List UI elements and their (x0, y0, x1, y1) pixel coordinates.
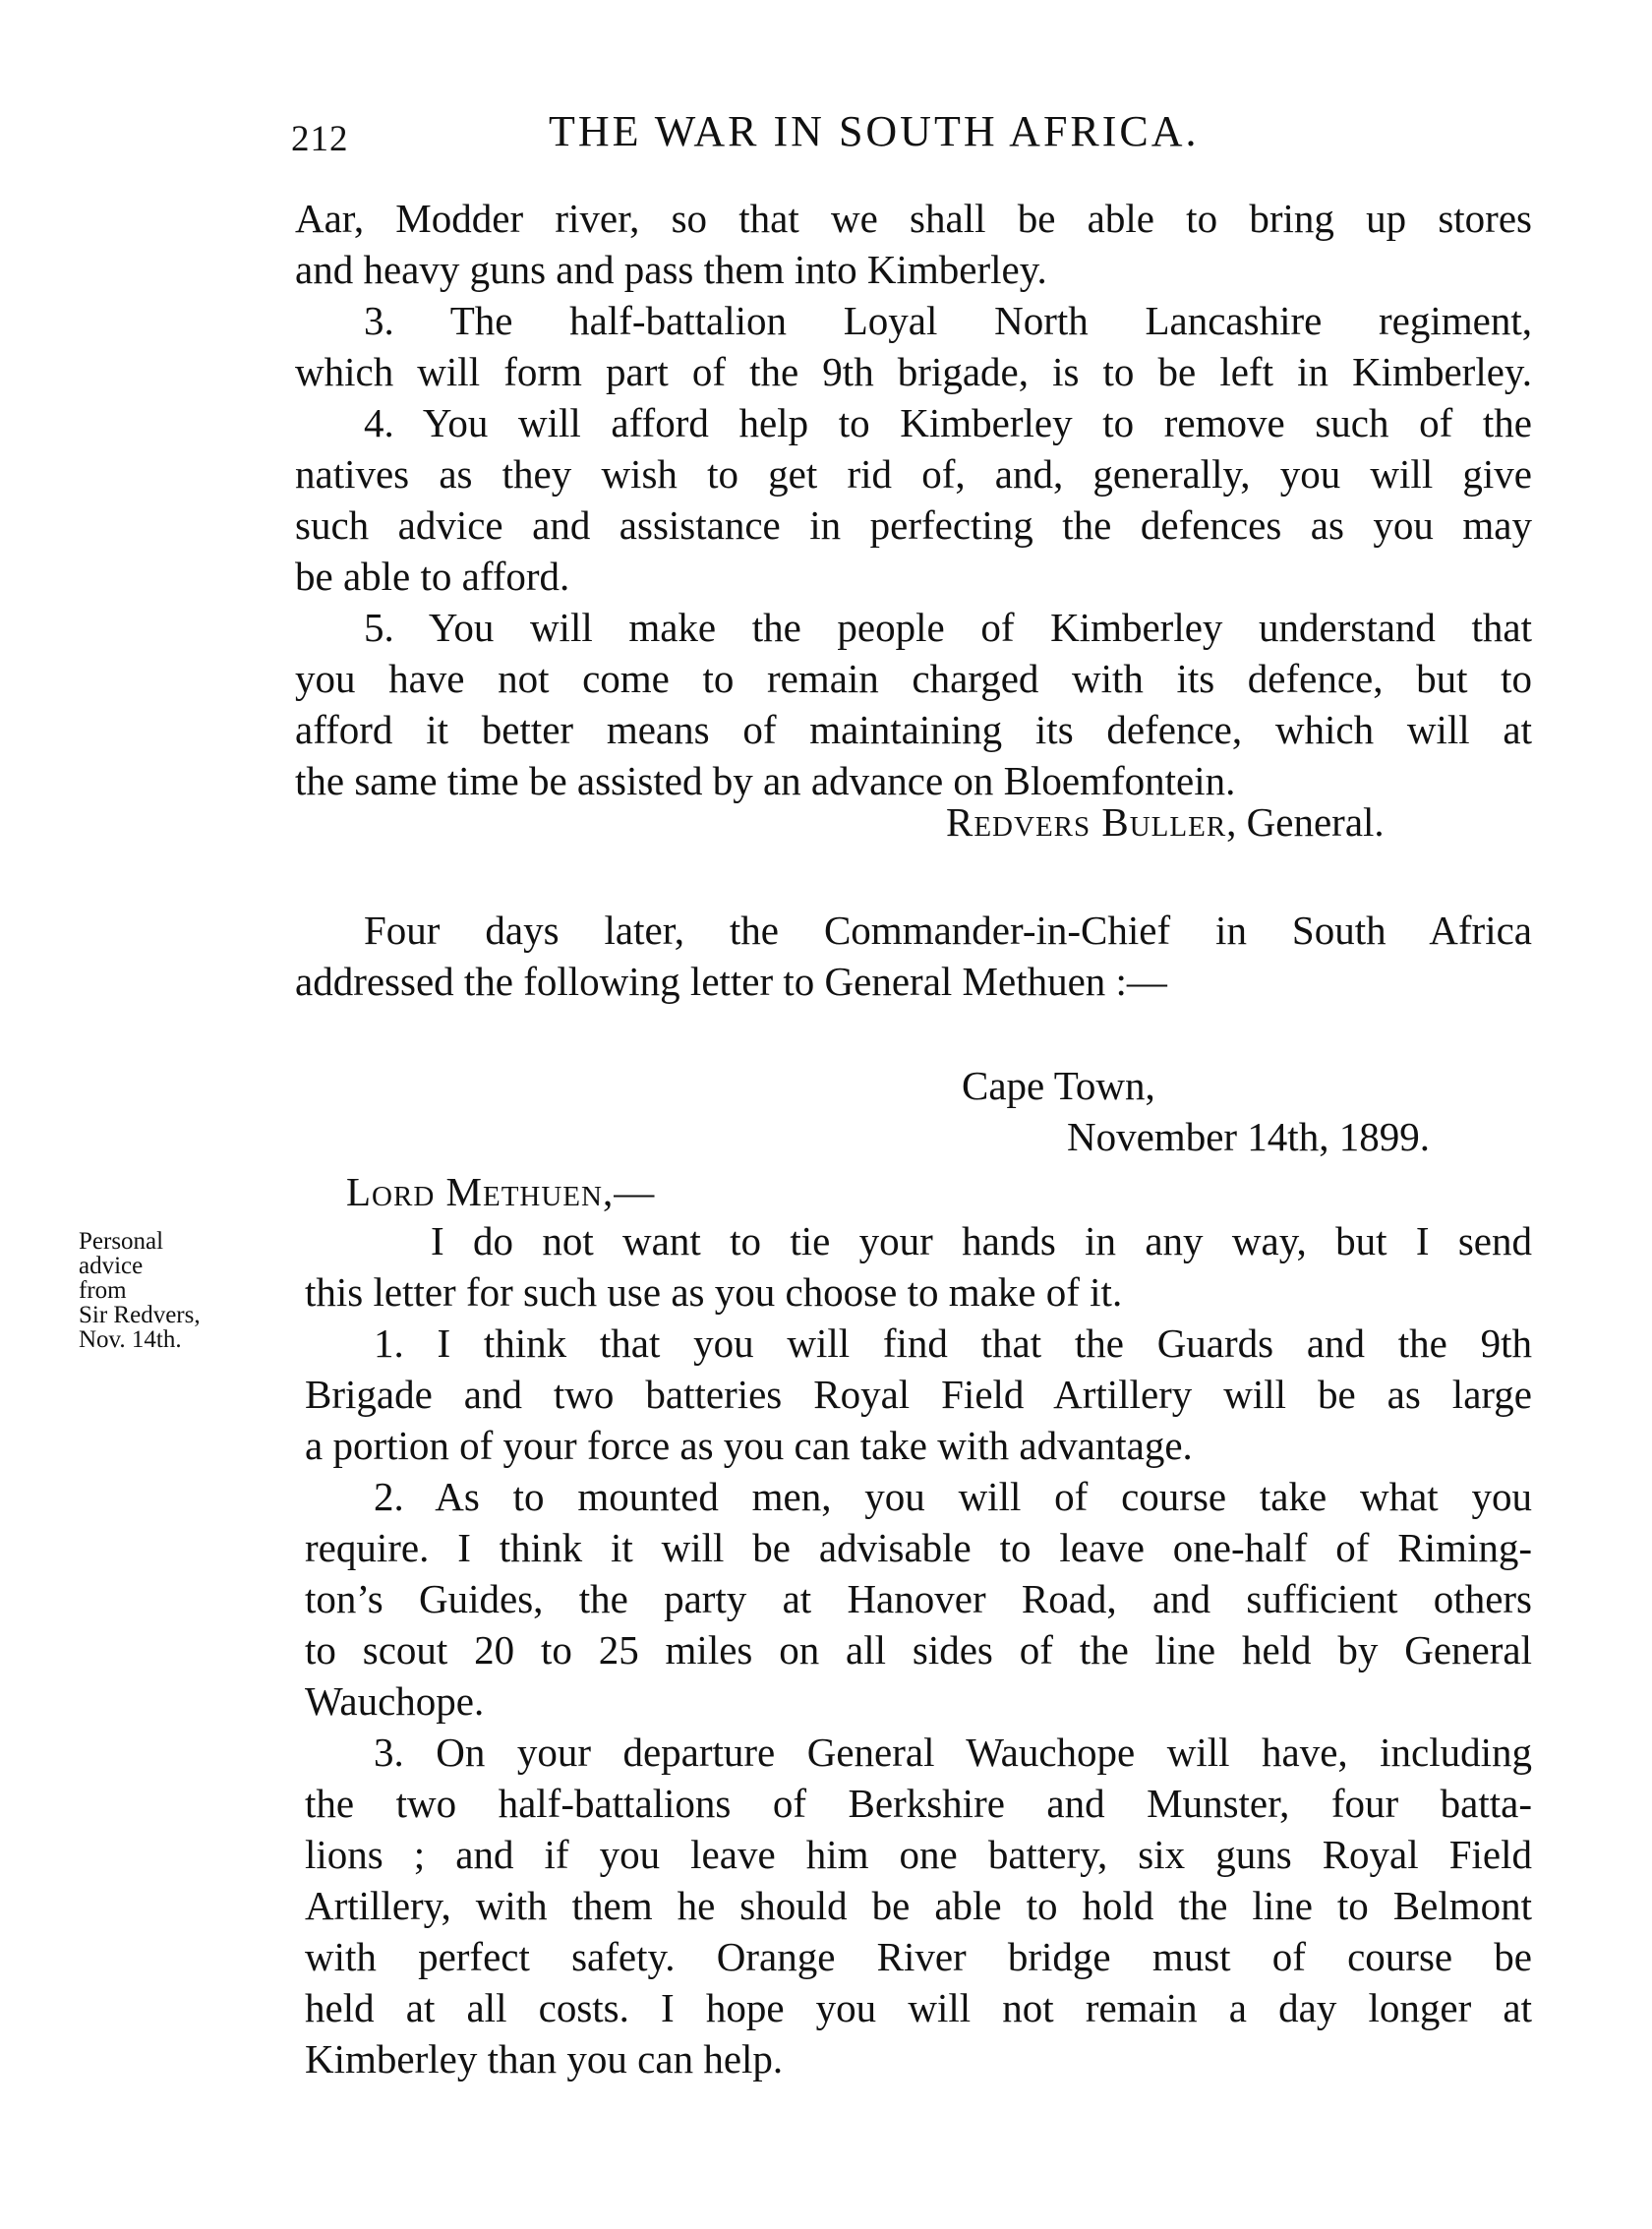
intro-paragraph: Four days later, the Commander-in-Chief … (295, 905, 1532, 1007)
salutation: Lord Methuen,— (346, 1168, 655, 1215)
text-line: natives as they wish to get rid of, and,… (295, 448, 1532, 499)
letter-place: Cape Town, (962, 1062, 1155, 1109)
margin-line: Nov. 14th. (79, 1327, 275, 1352)
text-line: with perfect safety. Orange River bridge… (305, 1931, 1532, 1982)
text-line: lions ; and if you leave him one battery… (305, 1829, 1532, 1880)
text-line: you have not come to remain charged with… (295, 653, 1532, 704)
text-line: which will form part of the 9th brigade,… (295, 346, 1532, 397)
running-title: THE WAR IN SOUTH AFRICA. (549, 106, 1200, 156)
signature-name: Redvers Buller (946, 799, 1226, 845)
text-line: Brigade and two batteries Royal Field Ar… (305, 1369, 1532, 1420)
text-line: 4. You will afford help to Kimberley to … (295, 397, 1532, 448)
text-line: a portion of your force as you can take … (305, 1420, 1532, 1471)
text-line: addressed the following letter to Genera… (295, 956, 1532, 1007)
text-line: the two half-battalions of Berkshire and… (305, 1778, 1532, 1829)
margin-note: Personal advice from Sir Redvers, Nov. 1… (79, 1229, 275, 1352)
text-line: ton’s Guides, the party at Hanover Road,… (305, 1573, 1532, 1624)
text-line: afford it better means of maintaining it… (295, 704, 1532, 755)
text-line: Wauchope. (305, 1675, 1532, 1727)
text-line: 5. You will make the people of Kimberley… (295, 602, 1532, 653)
text-line: held at all costs. I hope you will not r… (305, 1982, 1532, 2033)
text-line: such advice and assistance in perfecting… (295, 499, 1532, 551)
signature-rank: , General. (1226, 799, 1385, 845)
page-number: 212 (291, 118, 349, 160)
letter-body: I do not want to tie your hands in any w… (305, 1215, 1532, 2084)
margin-line: from (79, 1278, 275, 1303)
text-line: this letter for such use as you choose t… (305, 1266, 1532, 1318)
margin-line: advice (79, 1254, 275, 1278)
text-line: 3. The half-battalion Loyal North Lancas… (295, 295, 1532, 346)
text-line: Kimberley than you can help. (305, 2033, 1532, 2084)
text-line: 1. I think that you will find that the G… (305, 1318, 1532, 1369)
text-line: and heavy guns and pass them into Kimber… (295, 244, 1532, 295)
text-line: to scout 20 to 25 miles on all sides of … (305, 1624, 1532, 1675)
text-line: Artillery, with them he should be able t… (305, 1880, 1532, 1931)
letter-date: November 14th, 1899. (1067, 1113, 1430, 1160)
text-line: I do not want to tie your hands in any w… (305, 1215, 1532, 1266)
text-line: Four days later, the Commander-in-Chief … (295, 905, 1532, 956)
margin-line: Personal (79, 1229, 275, 1254)
text-line: 3. On your departure General Wauchope wi… (305, 1727, 1532, 1778)
margin-line: Sir Redvers, (79, 1303, 275, 1327)
text-line: be able to afford. (295, 551, 1532, 602)
text-line: Aar, Modder river, so that we shall be a… (295, 193, 1532, 244)
text-line: require. I think it will be advisable to… (305, 1522, 1532, 1573)
signature: Redvers Buller, General. (946, 798, 1385, 846)
orders-continuation: Aar, Modder river, so that we shall be a… (295, 193, 1532, 806)
text-line: 2. As to mounted men, you will of course… (305, 1471, 1532, 1522)
